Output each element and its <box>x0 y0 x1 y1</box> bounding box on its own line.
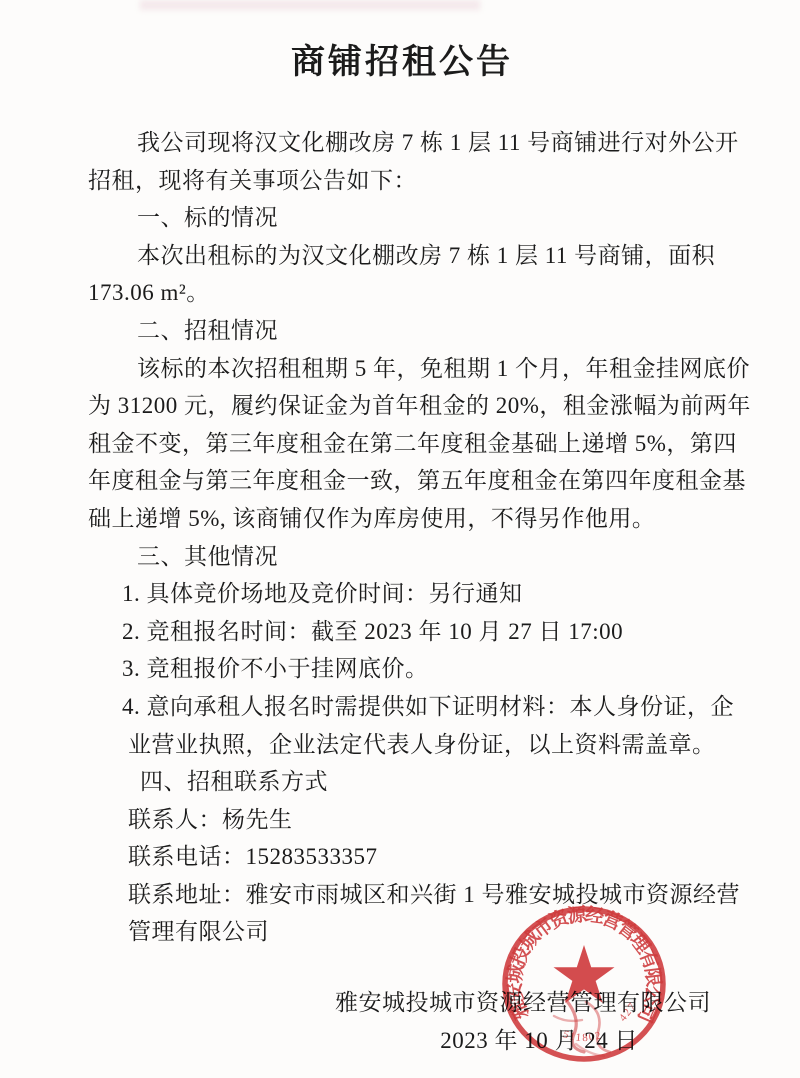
signature-block: 雅安城投城市资源经营管理有限公司 2023 年 10 月 24 日 <box>88 984 716 1059</box>
document-body: 我公司现将汉文化棚改房 7 栋 1 层 11 号商铺进行对外公开 招租，现将有关… <box>88 124 716 951</box>
scanned-document-page: 商铺招租公告 我公司现将汉文化棚改房 7 栋 1 层 11 号商铺进行对外公开 … <box>0 0 800 1078</box>
text-line: 本次出租标的为汉文化棚改房 7 栋 1 层 11 号商铺，面积 <box>88 237 716 275</box>
section-heading-2: 二、招租情况 <box>88 312 716 350</box>
signature-company: 雅安城投城市资源经营管理有限公司 <box>88 984 716 1022</box>
text-line: 173.06 m²。 <box>88 274 716 312</box>
contact-address-line-2: 管理有限公司 <box>88 913 716 951</box>
contact-person-line: 联系人：杨先生 <box>88 801 716 839</box>
text-line: 业营业执照，企业法定代表人身份证，以上资料需盖章。 <box>88 726 716 764</box>
section-heading-1: 一、标的情况 <box>88 199 716 237</box>
text-line: 该标的本次招租租期 5 年，免租期 1 个月，年租金挂网底价 <box>88 350 716 388</box>
signature-date: 2023 年 10 月 24 日 <box>88 1022 716 1060</box>
contact-phone-line: 联系电话：15283533357 <box>88 838 716 876</box>
document-content: 商铺招租公告 我公司现将汉文化棚改房 7 栋 1 层 11 号商铺进行对外公开 … <box>88 0 716 1059</box>
list-item-2: 2. 竞租报名时间：截至 2023 年 10 月 27 日 17:00 <box>88 613 716 651</box>
section-heading-4: 四、招租联系方式 <box>88 763 716 801</box>
text-line: 招租，现将有关事项公告如下： <box>88 162 716 200</box>
contact-address-line: 联系地址：雅安市雨城区和兴街 1 号雅安城投城市资源经营 <box>88 876 716 914</box>
text-line: 础上递增 5%, 该商铺仅作为库房使用，不得另作他用。 <box>88 500 716 538</box>
text-line: 年度租金与第三年度租金一致，第五年度租金在第四年度租金基 <box>88 462 716 500</box>
text-line: 我公司现将汉文化棚改房 7 栋 1 层 11 号商铺进行对外公开 <box>88 124 716 162</box>
page-title: 商铺招租公告 <box>88 40 716 86</box>
section-heading-3: 三、其他情况 <box>88 538 716 576</box>
list-item-4: 4. 意向承租人报名时需提供如下证明材料：本人身份证，企 <box>88 688 716 726</box>
text-line: 为 31200 元，履约保证金为首年租金的 20%，租金涨幅为前两年 <box>88 387 716 425</box>
text-line: 租金不变，第三年度租金在第二年度租金基础上递增 5%，第四 <box>88 425 716 463</box>
list-item-1: 1. 具体竞价场地及竞价时间：另行通知 <box>88 575 716 613</box>
list-item-3: 3. 竞租报价不小于挂网底价。 <box>88 650 716 688</box>
